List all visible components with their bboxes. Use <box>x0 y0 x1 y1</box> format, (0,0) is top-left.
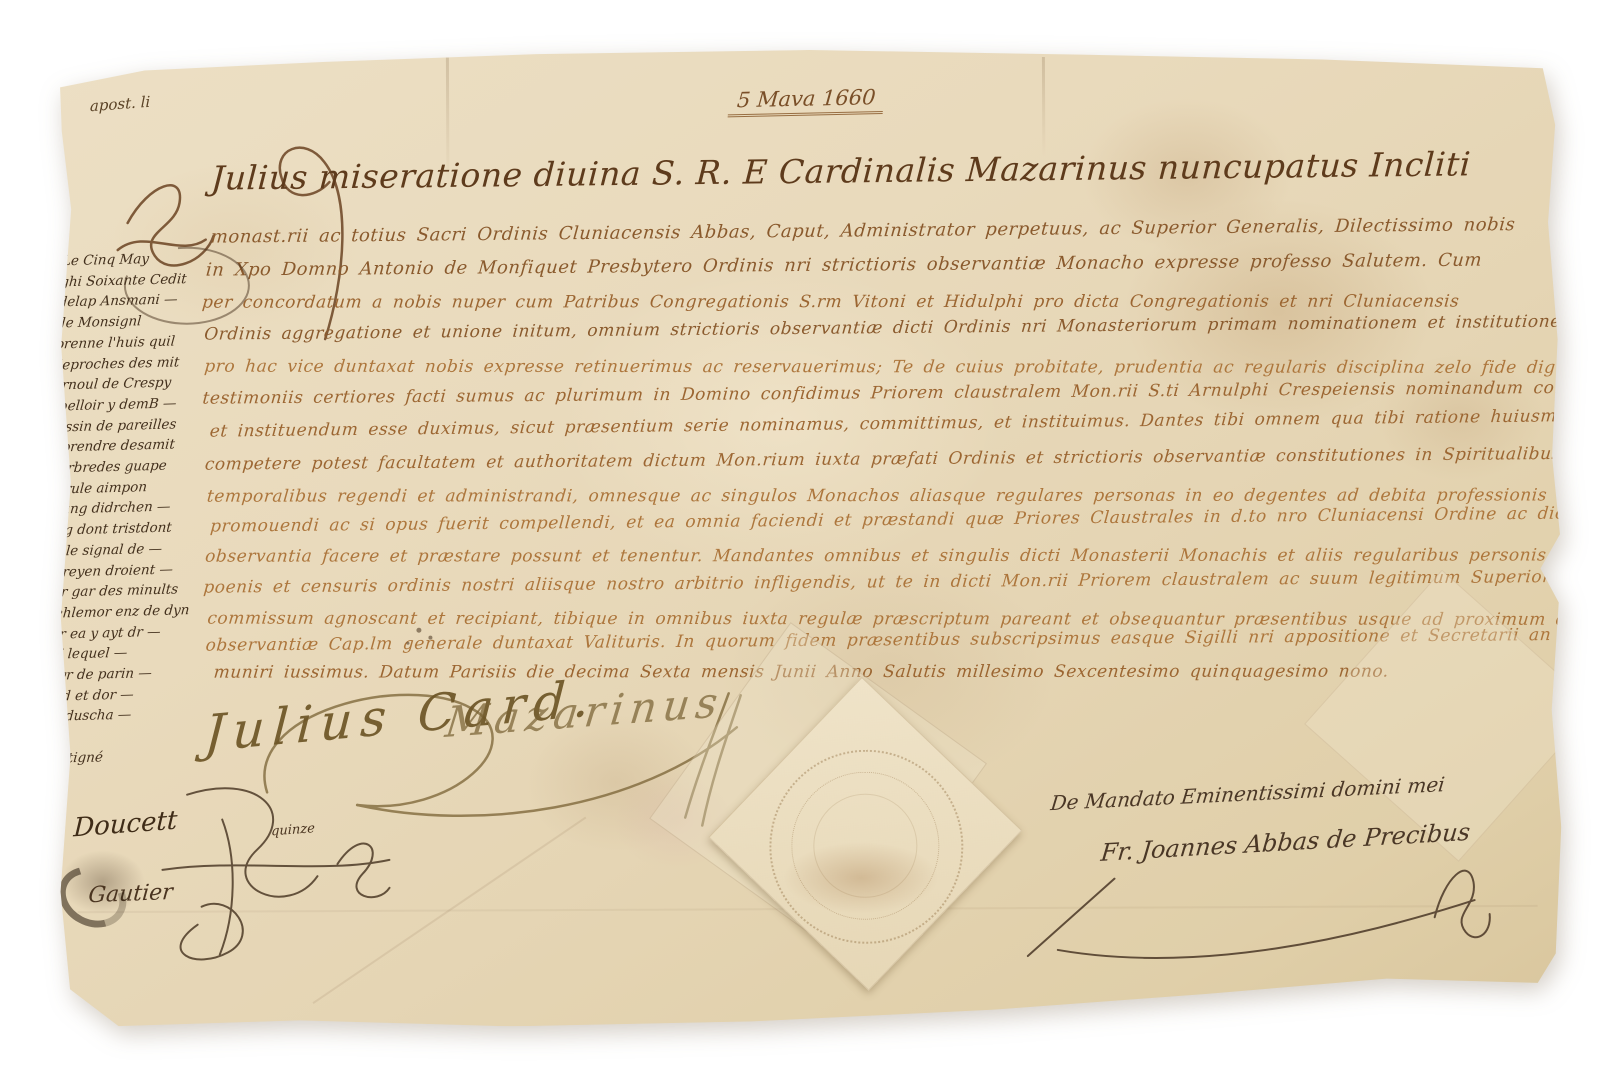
parchment-shadow-wrap: apost. li 5 Mava 1660 Julius miseratione… <box>56 50 1566 1025</box>
body-line: et instituendum esse duximus, sicut præs… <box>209 405 1568 441</box>
body-line: temporalibus regendi et administrandi, o… <box>206 485 1568 506</box>
parchment: apost. li 5 Mava 1660 Julius miseratione… <box>54 47 1568 1029</box>
papered-seal <box>708 677 1022 991</box>
seal-impression <box>755 723 976 944</box>
scanned-manuscript-page: apost. li 5 Mava 1660 Julius miseratione… <box>0 0 1619 1080</box>
body-line: poenis et censuris ordinis nostri aliisq… <box>203 566 1569 597</box>
document-headline: Julius miseratione diuina S. R. E Cardin… <box>210 144 1472 197</box>
secretary-paraph <box>1002 822 1493 964</box>
paraph-flourish <box>127 764 408 975</box>
ink-speck <box>406 642 409 645</box>
body-line: promouendi ac si opus fuerit compellendi… <box>209 503 1568 537</box>
mandate-line: De Mandato Eminentissimi domini mei <box>1049 772 1446 815</box>
ink-speck <box>416 628 421 633</box>
filing-annotation: apost. li <box>90 93 151 116</box>
ink-blot <box>54 855 137 939</box>
body-line: testimoniis certiores facti sumus ac plu… <box>202 377 1568 409</box>
body-line: per concordatum a nobis nuper cum Patrib… <box>201 292 1460 313</box>
body-line: competere potest facultatem et authorita… <box>204 444 1568 475</box>
fold-crease <box>1042 57 1045 157</box>
body-line: pro hac vice duntaxat nobis expresse ret… <box>203 357 1568 378</box>
body-line: monast.rii ac totius Sacri Ordinis Cluni… <box>210 214 1516 248</box>
seal-smudge <box>783 841 938 914</box>
body-line: observantia facere et præstare possunt e… <box>204 545 1568 566</box>
ink-speck <box>428 636 432 640</box>
date-annotation: 5 Mava 1660 <box>728 85 885 117</box>
body-line: in Xpo Domno Antonio de Monfiquet Presby… <box>205 250 1483 281</box>
body-line: Ordinis aggregatione et unione initum, o… <box>204 311 1569 344</box>
